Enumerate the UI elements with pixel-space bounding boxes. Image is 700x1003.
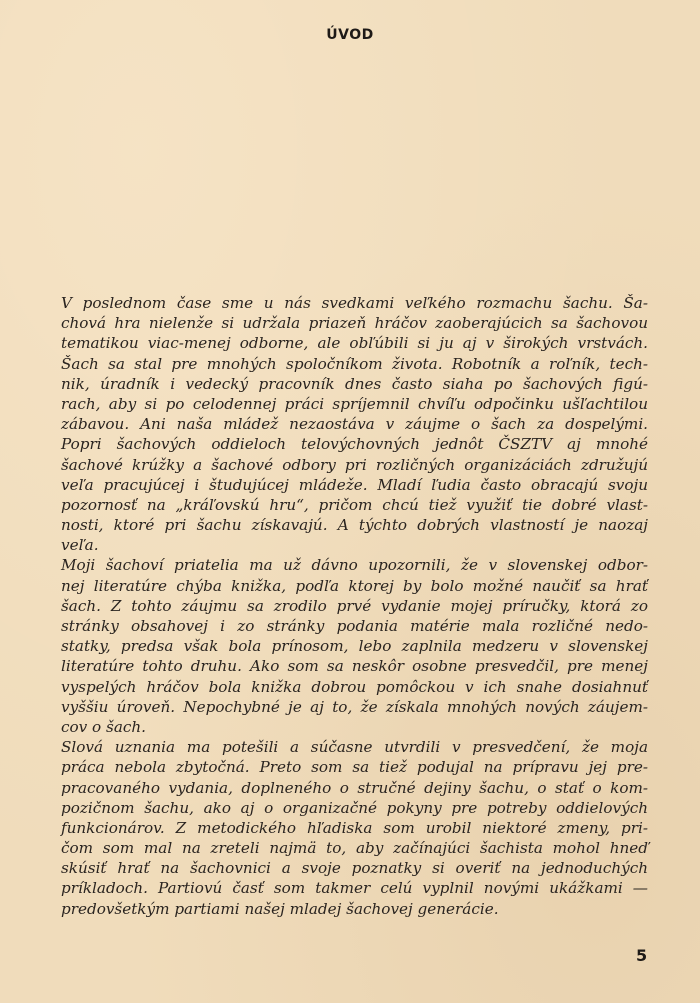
text-line: príkladoch. Partiovú časť som takmer cel… (61, 878, 648, 898)
text-line: nej literatúre chýba knižka, podľa ktore… (61, 576, 648, 596)
page-number: 5 (636, 946, 647, 965)
chapter-heading: ÚVOD (0, 27, 700, 43)
text-line: funkcionárov. Z metodického hľadiska som… (61, 818, 648, 838)
text-line: predovšetkým partiami našej mladej šacho… (61, 899, 648, 919)
text-line: cov o šach. (61, 717, 648, 737)
text-line: čom som mal na zreteli najmä to, aby zač… (61, 838, 648, 858)
paragraph-3: Slová uznania ma potešili a súčasne utvr… (61, 737, 648, 919)
text-line: pracovaného vydania, doplneného o stručn… (61, 778, 648, 798)
paragraph-1: V poslednom čase sme u nás svedkami veľk… (61, 293, 648, 555)
text-line: Šach sa stal pre mnohých spoločníkom živ… (61, 354, 648, 374)
text-line: nosti, ktoré pri šachu získavajú. A tých… (61, 515, 648, 535)
text-line: vyššiu úroveň. Nepochybné je aj to, že z… (61, 697, 648, 717)
text-line: V poslednom čase sme u nás svedkami veľk… (61, 293, 648, 313)
text-line: Moji šachoví priatelia ma už dávno upozo… (61, 555, 648, 575)
text-line: pozornosť na „kráľovskú hru“, pričom chc… (61, 495, 648, 515)
text-line: chová hra nielenže si udržala priazeň hr… (61, 313, 648, 333)
text-line: veľa. (61, 535, 648, 555)
text-line: veľa pracujúcej i študujúcej mládeže. Ml… (61, 475, 648, 495)
text-line: pozičnom šachu, ako aj o organizačné pok… (61, 798, 648, 818)
text-line: stránky obsahovej i zo stránky podania m… (61, 616, 648, 636)
text-line: šach. Z tohto záujmu sa zrodilo prvé vyd… (61, 596, 648, 616)
text-line: Slová uznania ma potešili a súčasne utvr… (61, 737, 648, 757)
text-line: skúsiť hrať na šachovnici a svoje poznat… (61, 858, 648, 878)
text-line: nik, úradník i vedecký pracovník dnes ča… (61, 374, 648, 394)
text-line: tematikou viac-menej odborne, ale obľúbi… (61, 333, 648, 353)
text-line: statky, predsa však bola prínosom, lebo … (61, 636, 648, 656)
text-line: šachové krúžky a šachové odbory pri rozl… (61, 455, 648, 475)
text-line: zábavou. Ani naša mládež nezaostáva v zá… (61, 414, 648, 434)
text-line: rach, aby si po celodennej práci spríjem… (61, 394, 648, 414)
body-text: V poslednom čase sme u nás svedkami veľk… (61, 293, 648, 919)
text-line: vyspelých hráčov bola knižka dobrou pomô… (61, 677, 648, 697)
paragraph-2: Moji šachoví priatelia ma už dávno upozo… (61, 555, 648, 737)
text-line: Popri šachových oddieloch telovýchovných… (61, 434, 648, 454)
book-page: ÚVOD V poslednom čase sme u nás svedkami… (0, 0, 700, 1003)
text-line: literatúre tohto druhu. Ako som sa neskô… (61, 656, 648, 676)
text-line: práca nebola zbytočná. Preto som sa tiež… (61, 757, 648, 777)
